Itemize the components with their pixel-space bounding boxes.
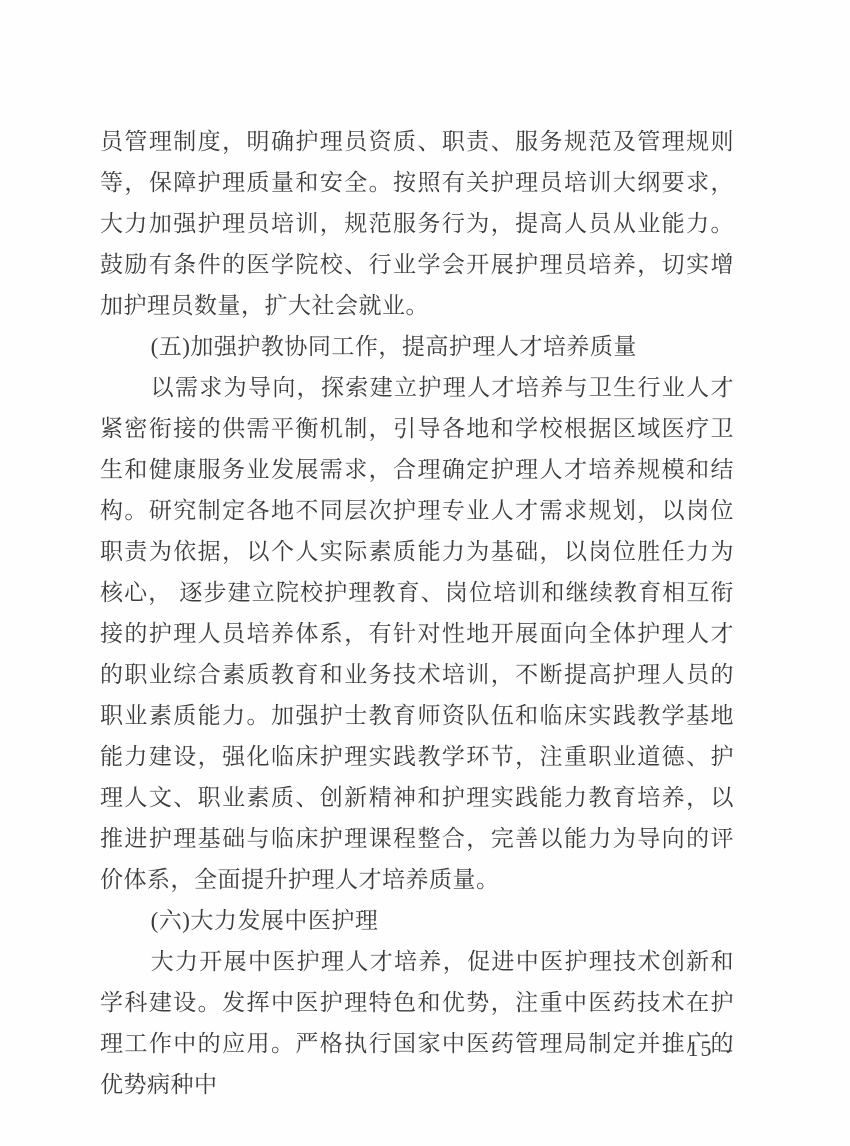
heading-section-5: (五)加强护教协同工作，提高护理人才培养质量	[100, 326, 734, 367]
page-number: – 15 –	[667, 1036, 734, 1062]
paragraph-section-5-body: 以需求为导向，探索建立护理人才培养与卫生行业人才紧密衔接的供需平衡机制，引导各地…	[100, 367, 734, 900]
paragraph-section-6-body: 大力开展中医护理人才培养，促进中医护理技术创新和学科建设。发挥中医护理特色和优势…	[100, 941, 734, 1105]
paragraph-carryover-nursing-aide: 员管理制度，明确护理员资质、职责、服务规范及管理规则等，保障护理质量和安全。按照…	[100, 121, 734, 326]
document-page: 员管理制度，明确护理员资质、职责、服务规范及管理规则等，保障护理质量和安全。按照…	[0, 0, 850, 1146]
document-body: 员管理制度，明确护理员资质、职责、服务规范及管理规则等，保障护理质量和安全。按照…	[100, 121, 734, 1105]
heading-section-6: (六)大力发展中医护理	[100, 900, 734, 941]
